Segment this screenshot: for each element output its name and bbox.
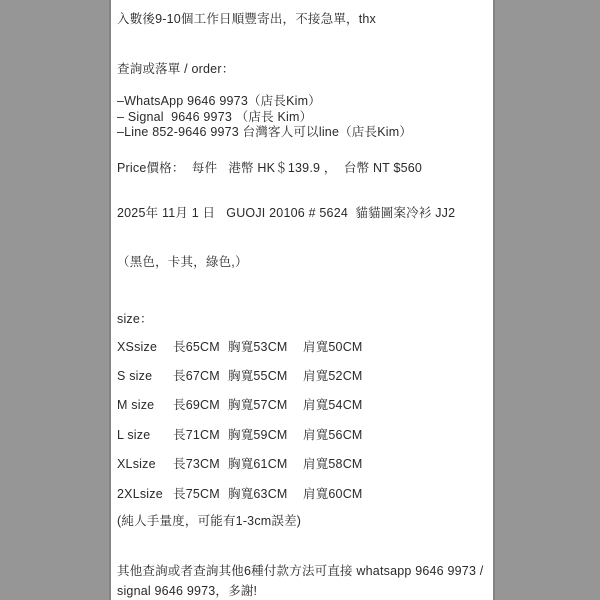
app-background: 入數後9-10個工作日順豐寄出，不接急單，thx 查詢或落單 / order： …	[0, 0, 600, 600]
length-value: 長69CM	[173, 398, 228, 412]
size-label: XSsize	[117, 340, 173, 354]
shipping-note: 入數後9-10個工作日順豐寄出，不接急單，thx	[117, 12, 490, 26]
size-label: 2XLsize	[117, 487, 173, 501]
size-heading: size：	[117, 312, 490, 326]
footer-note-line2: signal 9646 9973，多謝!	[117, 584, 257, 598]
chest-value: 胸寬59CM	[228, 428, 303, 442]
footer-note-line1: 其他查詢或者查詢其他6種付款方法可直接 whatsapp 9646 9973 /	[117, 564, 483, 578]
chest-value: 胸寬55CM	[228, 369, 303, 383]
size-row-xs: XSsize長65CM胸寬53CM肩寬50CM	[117, 340, 490, 354]
size-row-l: L size長71CM胸寬59CM肩寬56CM	[117, 428, 490, 442]
size-row-2xl: 2XLsize長75CM胸寬63CM肩寬60CM	[117, 487, 490, 501]
length-value: 長67CM	[173, 369, 228, 383]
price-line: Price價格： 每件 港幣 HK＄139.9 ， 台幣 NT $560	[117, 161, 490, 175]
chest-value: 胸寬63CM	[228, 487, 303, 501]
product-title: 2025年 11月 1 日 GUOJI 20106 # 5624 貓貓圖案冷衫 …	[117, 206, 490, 220]
size-label: M size	[117, 398, 173, 412]
shoulder-value: 肩寬58CM	[303, 457, 363, 471]
size-row-s: S size長67CM胸寬55CM肩寬52CM	[117, 369, 490, 383]
shoulder-value: 肩寬50CM	[303, 340, 363, 354]
length-value: 長75CM	[173, 487, 228, 501]
length-value: 長65CM	[173, 340, 228, 354]
shoulder-value: 肩寬52CM	[303, 369, 363, 383]
contact-whatsapp: –WhatsApp 9646 9973（店長Kim）	[117, 94, 321, 108]
contact-line: –Line 852-9646 9973 台灣客人可以line（店長Kim）	[117, 125, 412, 139]
order-heading: 查詢或落單 / order：	[117, 62, 490, 76]
footer-note: 其他查詢或者查詢其他6種付款方法可直接 whatsapp 9646 9973 /…	[117, 562, 490, 600]
shoulder-value: 肩寬60CM	[303, 487, 363, 501]
length-value: 長73CM	[173, 457, 228, 471]
contact-list: –WhatsApp 9646 9973（店長Kim）– Signal 9646 …	[117, 94, 490, 141]
document-page: 入數後9-10個工作日順豐寄出，不接急單，thx 查詢或落單 / order： …	[109, 0, 495, 600]
size-label: S size	[117, 369, 173, 383]
chest-value: 胸寬53CM	[228, 340, 303, 354]
size-row-xl: XLsize長73CM胸寬61CM肩寬58CM	[117, 457, 490, 471]
measurement-note: (純人手量度，可能有1-3cm誤差)	[117, 514, 490, 528]
length-value: 長71CM	[173, 428, 228, 442]
contact-signal: – Signal 9646 9973 （店長 Kim）	[117, 110, 312, 124]
shoulder-value: 肩寬56CM	[303, 428, 363, 442]
size-row-m: M size長69CM胸寬57CM肩寬54CM	[117, 398, 490, 412]
size-label: L size	[117, 428, 173, 442]
shoulder-value: 肩寬54CM	[303, 398, 363, 412]
size-label: XLsize	[117, 457, 173, 471]
color-options: （黑色，卡其，綠色,）	[117, 255, 490, 269]
chest-value: 胸寬57CM	[228, 398, 303, 412]
chest-value: 胸寬61CM	[228, 457, 303, 471]
